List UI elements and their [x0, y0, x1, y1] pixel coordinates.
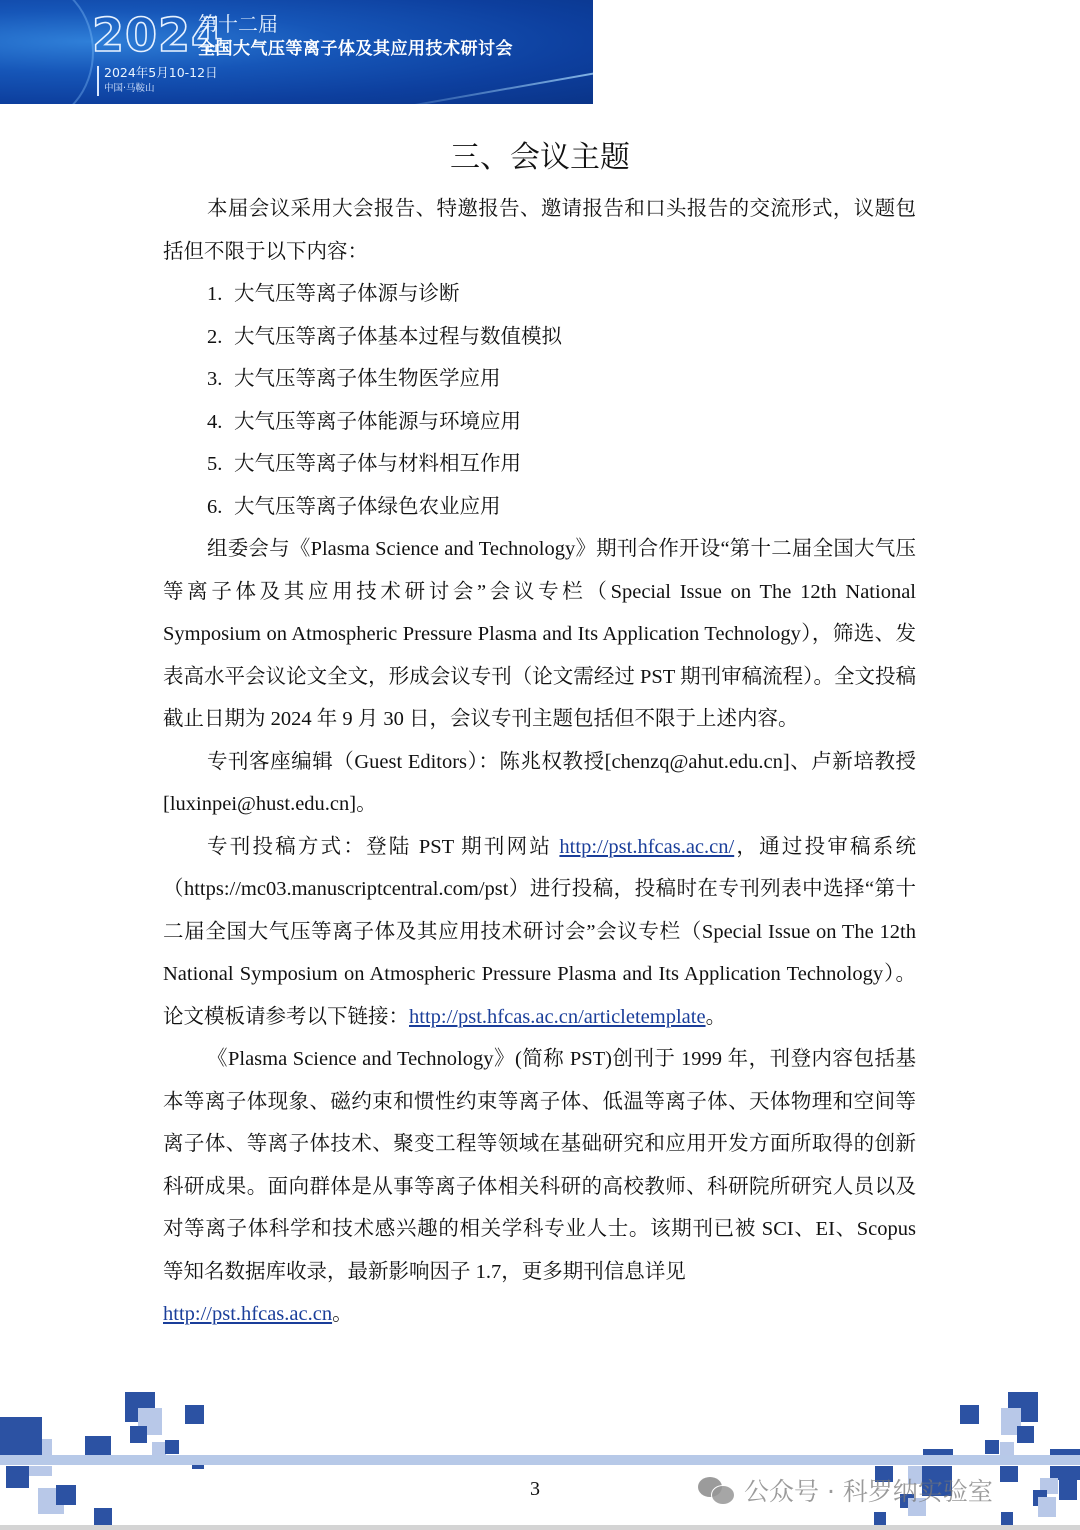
decor-square: [42, 1439, 52, 1455]
topic-number: 1.: [207, 273, 234, 316]
topic-item: 3.大气压等离子体生物医学应用: [163, 358, 916, 401]
pst-website-link[interactable]: http://pst.hfcas.ac.cn/: [559, 836, 734, 858]
topic-number: 2.: [207, 316, 234, 359]
decor-square: [6, 1466, 29, 1488]
journal-info-suffix: 。: [332, 1303, 353, 1325]
decor-square: [1017, 1426, 1034, 1443]
submission-paragraph: 专刊投稿方式：登陆 PST 期刊网站 http://pst.hfcas.ac.c…: [163, 826, 916, 1039]
intro-paragraph: 本届会议采用大会报告、特邀报告、邀请报告和口头报告的交流形式，议题包括但不限于以…: [163, 188, 916, 273]
banner-light-streak: [355, 69, 593, 104]
topic-list: 1.大气压等离子体源与诊断 2.大气压等离子体基本过程与数值模拟 3.大气压等离…: [163, 273, 916, 528]
topic-item: 5.大气压等离子体与材料相互作用: [163, 443, 916, 486]
watermark-text: 公众号 · 科罗纳实验室: [744, 1472, 993, 1508]
topic-number: 4.: [207, 401, 234, 444]
page-footer: 3 公众号 · 科罗纳实验室: [0, 1390, 1080, 1530]
footer-band: [0, 1455, 1080, 1465]
decor-square: [1001, 1512, 1013, 1526]
decor-square: [874, 1512, 886, 1526]
topic-number: 6.: [207, 486, 234, 529]
topic-label: 大气压等离子体源与诊断: [234, 283, 460, 305]
article-template-link[interactable]: http://pst.hfcas.ac.cn/articletemplate: [409, 1006, 706, 1028]
decor-square: [985, 1440, 999, 1454]
decor-square: [94, 1508, 112, 1526]
decor-square: [85, 1436, 111, 1455]
special-issue-paragraph: 组委会与《Plasma Science and Technology》期刊合作开…: [163, 528, 916, 741]
pst-home-link[interactable]: http://pst.hfcas.ac.cn: [163, 1303, 332, 1325]
submission-suffix: 。: [706, 1006, 727, 1028]
journal-info-paragraph: 《Plasma Science and Technology》(简称 PST)创…: [163, 1038, 916, 1336]
page-number: 3: [530, 1478, 540, 1501]
decor-square: [1000, 1442, 1014, 1455]
topic-label: 大气压等离子体基本过程与数值模拟: [234, 326, 562, 348]
topic-item: 1.大气压等离子体源与诊断: [163, 273, 916, 316]
banner-globe-decoration: [0, 0, 94, 104]
decor-square: [960, 1405, 979, 1424]
topic-label: 大气压等离子体能源与环境应用: [234, 411, 521, 433]
topic-label: 大气压等离子体绿色农业应用: [234, 496, 501, 518]
decor-square: [1059, 1480, 1077, 1500]
decor-square: [165, 1440, 179, 1454]
journal-info-text: 《Plasma Science and Technology》(简称 PST)创…: [163, 1048, 916, 1283]
wechat-icon: [698, 1475, 736, 1505]
submission-prefix: 专刊投稿方式：登陆 PST 期刊网站: [207, 836, 559, 858]
banner-location: 中国·马鞍山: [104, 83, 155, 95]
decor-square: [56, 1485, 76, 1505]
decor-square: [29, 1466, 52, 1476]
decor-square: [1000, 1466, 1018, 1482]
banner-divider: [97, 66, 99, 96]
banner-conference-name: 全国大气压等离子体及其应用技术研讨会: [198, 38, 513, 60]
decor-square: [152, 1442, 166, 1455]
topic-item: 4.大气压等离子体能源与环境应用: [163, 401, 916, 444]
decor-square: [1050, 1449, 1080, 1455]
decor-square: [130, 1426, 147, 1443]
topic-label: 大气压等离子体与材料相互作用: [234, 453, 521, 475]
conference-banner: 2024 第十二届 全国大气压等离子体及其应用技术研讨会 2024年5月10-1…: [0, 0, 593, 104]
decor-square: [0, 1417, 42, 1455]
topic-label: 大气压等离子体生物医学应用: [234, 368, 501, 390]
topic-item: 2.大气压等离子体基本过程与数值模拟: [163, 316, 916, 359]
decor-square: [923, 1449, 953, 1455]
guest-editors-paragraph: 专刊客座编辑（Guest Editors）：陈兆权教授[chenzq@ahut.…: [163, 741, 916, 826]
wechat-watermark: 公众号 · 科罗纳实验室: [698, 1472, 993, 1508]
footer-bottom-band: [0, 1525, 1080, 1530]
decor-square: [192, 1465, 204, 1469]
submission-middle: ，通过投审稿系统（https://mc03.manuscriptcentral.…: [163, 836, 916, 1028]
topic-number: 5.: [207, 443, 234, 486]
banner-date: 2024年5月10-12日: [104, 65, 218, 81]
topic-item: 6.大气压等离子体绿色农业应用: [163, 486, 916, 529]
document-body: 本届会议采用大会报告、特邀报告、邀请报告和口头报告的交流形式，议题包括但不限于以…: [163, 188, 916, 1336]
banner-edition: 第十二届: [198, 12, 278, 36]
topic-number: 3.: [207, 358, 234, 401]
decor-square: [185, 1405, 204, 1424]
section-title: 三、会议主题: [0, 138, 1080, 178]
decor-square: [1038, 1497, 1056, 1517]
